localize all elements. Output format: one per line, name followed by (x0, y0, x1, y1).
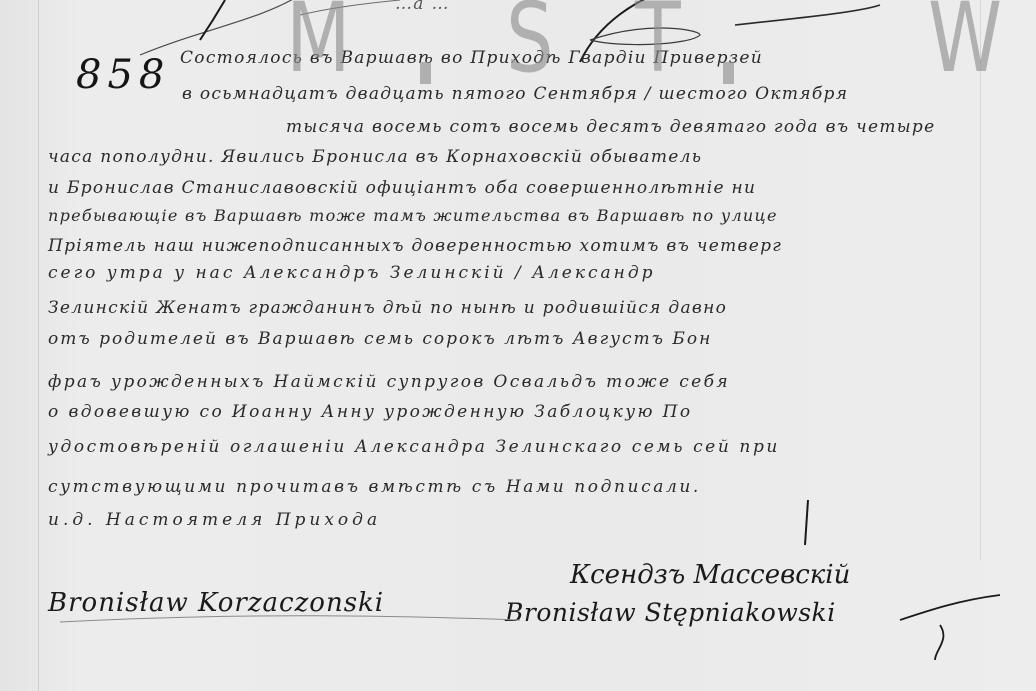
left-margin-line (38, 0, 39, 691)
record-line-13: удостовѣреній оглашеніи Александра Зелин… (48, 437, 780, 457)
signature-right-bottom: Bronisław Stępniakowski (505, 598, 836, 627)
top-fragment: …а … (395, 0, 450, 14)
record-line-12: о вдовевшую со Иоанну Анну урожденную За… (48, 402, 693, 422)
priest-title-line: и.д. Настоятеля Прихода (48, 510, 381, 530)
record-line-3: тысяча восемь сотъ восемь десятъ девятаг… (286, 117, 935, 137)
record-line-10: отъ родителей въ Варшавѣ семь сорокъ лѣт… (48, 329, 712, 349)
watermark-letter-s: S (506, 0, 554, 86)
record-line-6: пребывающіе въ Варшавѣ тоже тамъ жительс… (48, 206, 778, 225)
watermark-letter-w: W (928, 0, 1002, 86)
right-margin-line (980, 0, 981, 560)
record-line-11: фраъ урожденныхъ Наймскій супругов Освал… (48, 372, 730, 392)
record-line-4: часа пополудни. Явились Бронисла въ Корн… (48, 147, 702, 167)
entry-number: 858 (76, 52, 170, 98)
record-line-1: Состоялось въ Варшавѣ во Приходѣ Гвардіи… (180, 48, 763, 68)
record-line-2: в осьмнадцатъ двадцать пятого Сентября /… (182, 84, 848, 104)
record-line-14: сутствующими прочитавъ вмѣстѣ съ Нами по… (48, 477, 701, 497)
document-page: 858 …а … Состоялось въ Варшавѣ во Приход… (0, 0, 1036, 691)
record-line-8: сего утра у нас Александръ Зелинскій / А… (48, 263, 656, 283)
record-line-5: и Бронислав Станиславовскій офиціантъ об… (48, 178, 756, 198)
record-line-7: Пріятель наш нижеподписанныхъ довереннос… (48, 236, 782, 256)
watermark-letter-m: M (286, 0, 351, 86)
watermark-letter-t: T (635, 0, 681, 86)
record-line-9: Зелинскій Женатъ гражданинъ дѣй по нынѣ … (48, 298, 727, 318)
signature-left: Bronisław Korzaczonski (48, 588, 384, 618)
signature-right-top: Ксендзъ Массевскій (570, 560, 850, 590)
